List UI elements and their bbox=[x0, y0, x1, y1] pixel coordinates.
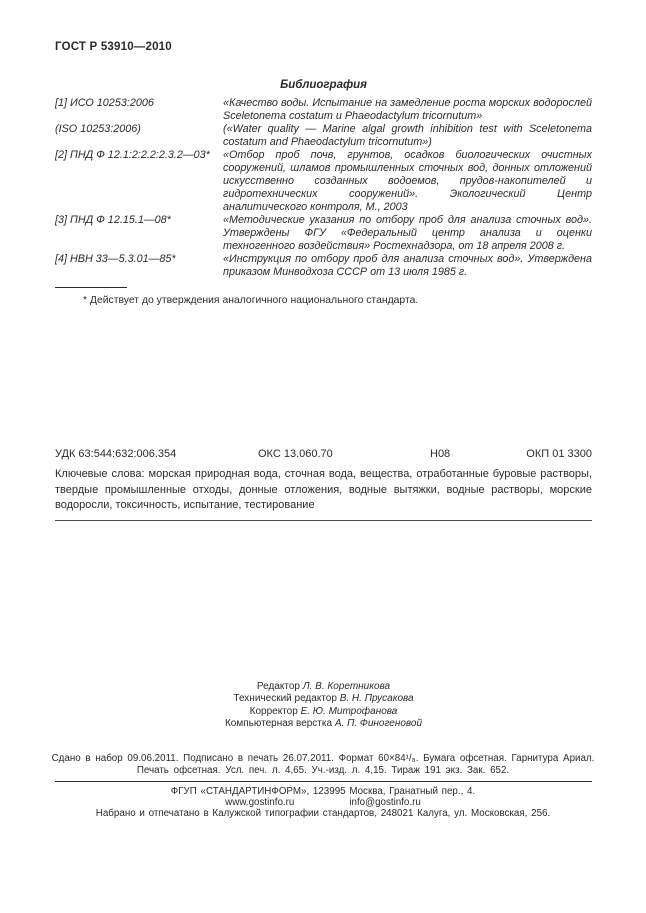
page-header: ГОСТ Р 53910—2010 bbox=[55, 41, 172, 53]
credit-line: Корректор Е. Ю. Митрофанова bbox=[55, 706, 592, 718]
credit-line: Редактор Л. В. Коретникова bbox=[55, 681, 592, 693]
okp-code: ОКП 01 3300 bbox=[526, 448, 592, 460]
document-page: ГОСТ Р 53910—2010 Библиография [1] ИСО 1… bbox=[0, 0, 646, 913]
publisher-contacts: www.gostinfo.ruinfo@gostinfo.ru bbox=[40, 797, 606, 808]
imprint-block: Сдано в набор 09.06.2011. Подписано в пе… bbox=[40, 753, 606, 777]
keywords-divider bbox=[55, 520, 592, 521]
codes-row: УДК 63:544:632:006.354 ОКС 13.060.70 Н08… bbox=[55, 448, 592, 462]
bibliography-entry-label: [1] ИСО 10253:2006 bbox=[55, 97, 223, 110]
bibliography-entry-label: (ISO 10253:2006) bbox=[55, 123, 223, 136]
bibliography-entry-text: «Качество воды. Испытание на замедление … bbox=[223, 97, 592, 123]
credit-name: Л. В. Коретникова bbox=[303, 681, 390, 692]
bibliography-entry: [3] ПНД Ф 12.15.1—08* «Методические указ… bbox=[55, 214, 592, 253]
bibliography-entry-label: [2] ПНД Ф 12.1:2:2.2:2.3.2—03* bbox=[55, 149, 223, 162]
credit-name: Е. Ю. Митрофанова bbox=[301, 706, 398, 717]
credit-line: Компьютерная верстка А. П. Финогеновой bbox=[55, 718, 592, 730]
bibliography-entry-label: [3] ПНД Ф 12.15.1—08* bbox=[55, 214, 223, 227]
bibliography-entry: (ISO 10253:2006) («Water quality — Marin… bbox=[55, 123, 592, 149]
bibliography: [1] ИСО 10253:2006 «Качество воды. Испыт… bbox=[55, 97, 592, 279]
publisher-email: info@gostinfo.ru bbox=[349, 797, 421, 808]
bibliography-entry-text: «Отбор проб почв, грунтов, осадков биоло… bbox=[223, 149, 592, 214]
n-code: Н08 bbox=[430, 448, 450, 460]
bibliography-entry-text: «Методические указания по отбору проб дл… bbox=[223, 214, 592, 253]
bibliography-entry-text: «Инструкция по отбору проб для анализа с… bbox=[223, 253, 592, 279]
credit-role: Редактор bbox=[257, 681, 300, 692]
footnote-divider bbox=[55, 287, 127, 288]
credit-role: Технический редактор bbox=[233, 693, 336, 704]
credit-line: Технический редактор В. Н. Прусакова bbox=[55, 693, 592, 705]
keywords-paragraph: Ключевые слова: морская природная вода, … bbox=[55, 467, 592, 514]
bibliography-entry: [2] ПНД Ф 12.1:2:2.2:2.3.2—03* «Отбор пр… bbox=[55, 149, 592, 214]
footnote-text: * Действует до утверждения аналогичного … bbox=[55, 295, 592, 306]
udk-code: УДК 63:544:632:006.354 bbox=[55, 448, 176, 460]
credit-role: Компьютерная верстка bbox=[225, 718, 332, 729]
imprint-line: Печать офсетная. Усл. печ. л. 4,65. Уч.-… bbox=[40, 765, 606, 777]
publisher-block: ФГУП «СТАНДАРТИНФОРМ», 123995 Москва, Гр… bbox=[40, 786, 606, 819]
bibliography-entry-label: [4] НВН 33—5.3.01—85* bbox=[55, 253, 223, 266]
imprint-line: Сдано в набор 09.06.2011. Подписано в пе… bbox=[40, 753, 606, 765]
oks-code: ОКС 13.060.70 bbox=[258, 448, 333, 460]
imprint-divider bbox=[55, 781, 592, 782]
credit-name: А. П. Финогеновой bbox=[335, 718, 422, 729]
section-title: Библиография bbox=[55, 79, 592, 91]
bibliography-entry: [1] ИСО 10253:2006 «Качество воды. Испыт… bbox=[55, 97, 592, 123]
bibliography-entry: [4] НВН 33—5.3.01—85* «Инструкция по отб… bbox=[55, 253, 592, 279]
bibliography-entry-text: («Water quality — Marine algal growth in… bbox=[223, 123, 592, 149]
publisher-address: ФГУП «СТАНДАРТИНФОРМ», 123995 Москва, Гр… bbox=[40, 786, 606, 797]
credit-role: Корректор bbox=[250, 706, 298, 717]
printer-address: Набрано и отпечатано в Калужской типогра… bbox=[40, 808, 606, 819]
credits-block: Редактор Л. В. Коретникова Технический р… bbox=[55, 681, 592, 731]
credit-name: В. Н. Прусакова bbox=[340, 693, 414, 704]
publisher-website: www.gostinfo.ru bbox=[225, 797, 294, 808]
